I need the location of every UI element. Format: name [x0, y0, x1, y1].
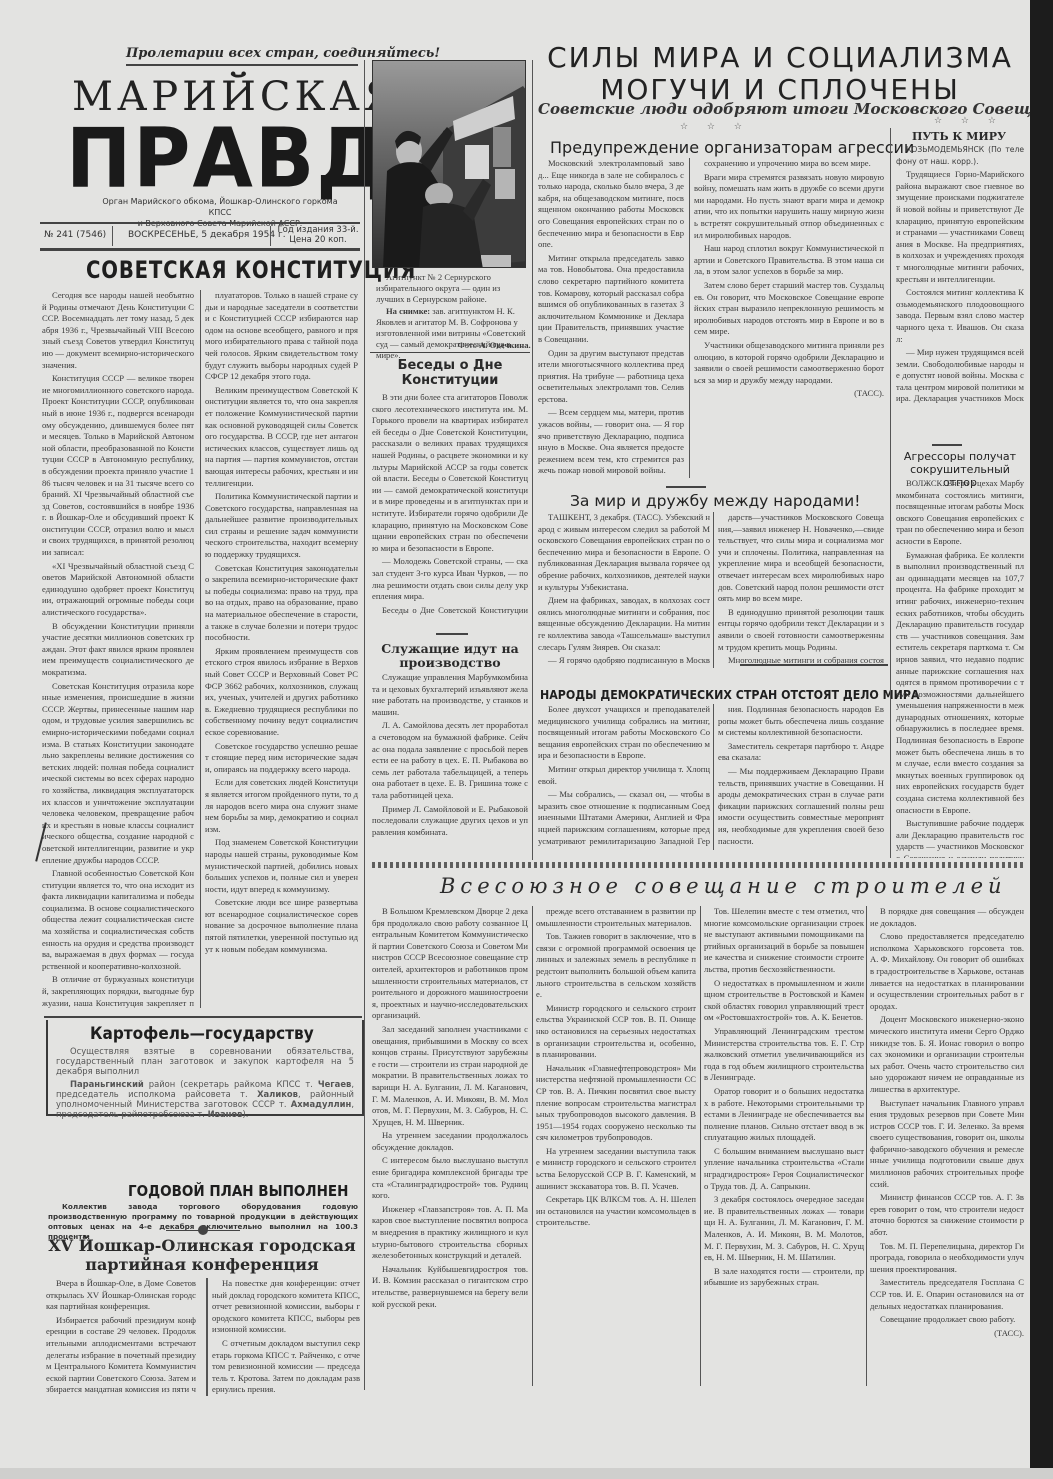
- paragraph: Великим преимуществом Советской Конститу…: [205, 385, 358, 489]
- za-mir-headline: За мир и дружбу между народами!: [570, 492, 860, 510]
- put-k-miru-headline: ПУТЬ К МИРУ: [896, 130, 1022, 143]
- stars-divider-right: ☆ ☆ ☆: [934, 116, 1004, 126]
- paragraph: Секретарь ЦК ВЛКСМ тов. А. Н. Шелепин ос…: [536, 1194, 696, 1229]
- paragraph: В зале находятся гости — строители, приб…: [704, 1266, 864, 1289]
- konferenciya-column-2: На повестке дня конференции: отчетный до…: [212, 1278, 360, 1396]
- agitpunkt-photo: [372, 60, 526, 268]
- paragraph: Доцент Московского инженерно-экономическ…: [870, 1014, 1024, 1095]
- issue-date: ВОСКРЕСЕНЬЕ, 5 декабря 1954 г.: [128, 230, 286, 240]
- paragraph: Заместитель председателя Госплана СССР т…: [870, 1277, 1024, 1312]
- column-rule: [713, 512, 714, 668]
- sluzhashchie-body: Служащие управления Марбумкомбината и це…: [372, 672, 528, 856]
- paragraph: Советская Конституция законодательно зак…: [205, 563, 358, 644]
- paragraph: Один за другим выступают представители м…: [538, 348, 684, 406]
- paragraph: Оратор говорит и о больших недостатках в…: [704, 1086, 864, 1144]
- paragraph: Л. А. Самойлова десять лет проработала с…: [372, 720, 528, 801]
- preduprezhdenie-column-1: Московский электроламповый завод... Еще …: [538, 158, 684, 480]
- headline-line2: партийная конференция: [44, 1255, 360, 1274]
- narody-column-2: ния. Подлинная безопасность народов Евро…: [718, 704, 884, 850]
- paragraph: Слово предоставляется председателю испол…: [870, 931, 1024, 1012]
- paragraph: Под знаменем Советской Конституции народ…: [205, 837, 358, 895]
- box-top-rule: [44, 1016, 362, 1018]
- paragraph: Если для советских людей Конституция явл…: [205, 777, 358, 835]
- section-rule: [370, 352, 530, 353]
- photo-caption: Агитпункт № 2 Сернурского избирательного…: [376, 272, 526, 305]
- photo-image: [373, 61, 526, 268]
- separator-rule: [436, 633, 468, 635]
- person-name: Ахмадуллин: [291, 1099, 352, 1109]
- column-rule: [532, 60, 533, 860]
- column-rule: [532, 906, 533, 1386]
- detail-text: район (секретарь райкома КПСС т.: [144, 1079, 318, 1089]
- paragraph: Затем слово берет старший мастер тов. Су…: [694, 280, 884, 338]
- paragraph: В обсуждении Конституции приняли участие…: [42, 621, 194, 679]
- paragraph: — Мы собрались, — сказал он, — чтобы выр…: [538, 789, 710, 850]
- paragraph: В единодушно принятой резолюции ташкентц…: [718, 607, 884, 653]
- paragraph: Министр финансов СССР тов. А. Г. Зверев …: [870, 1192, 1024, 1238]
- paragraph: В порядке дня совещания — обсуждение док…: [870, 906, 1024, 929]
- column-rule: [890, 128, 891, 858]
- kartofel-text: Осуществляя взятые в соревновании обязат…: [56, 1046, 354, 1076]
- column-rule: [700, 906, 701, 1386]
- za-mir-column-1: ТАШКЕНТ, 3 декабря. (ТАСС). Узбекский на…: [538, 512, 710, 668]
- credit-name: А. Овечкина.: [479, 340, 531, 350]
- stroiteli-column-1: В Большом Кремлевском Дворце 2 декабря п…: [372, 906, 528, 1386]
- editorial-column-2: плуататоров. Только в нашей стране судьи…: [205, 290, 358, 1008]
- issue-number: № 241 (7546): [44, 230, 106, 240]
- paragraph: Главной особенностью Советской Конституц…: [42, 868, 194, 972]
- paragraph: Более двухсот учащихся и преподавателей …: [538, 704, 710, 762]
- stroiteli-column-4: В порядке дня совещания — обсуждение док…: [870, 906, 1024, 1386]
- detail-text: ).: [242, 1109, 248, 1119]
- paragraph: Советское государство успешно решает сто…: [205, 741, 358, 776]
- paragraph: Беседы о Дне Советской Конституции прове…: [372, 605, 528, 617]
- paragraph: В эти дни более ста агитаторов Поволжско…: [372, 392, 528, 554]
- paragraph: Враги мира стремятся развязать новую мир…: [694, 172, 884, 242]
- besedy-body: В эти дни более ста агитаторов Поволжско…: [372, 392, 528, 617]
- person-name: Иванов: [208, 1109, 243, 1119]
- scan-edge-right: [1030, 0, 1053, 1479]
- paragraph: Министр городского и сельского строитель…: [536, 1003, 696, 1061]
- paragraph: Ярким проявлением преимуществ советского…: [205, 646, 358, 739]
- paragraph: Начальник Куйбышевгидростроя тов. И. В. …: [372, 1264, 528, 1310]
- column-rule: [689, 158, 690, 478]
- masthead-rule-bottom: [40, 248, 360, 251]
- paragraph: На утреннем заседании выступила также ми…: [536, 1146, 696, 1192]
- paragraph: Участники общезаводского митинга приняли…: [694, 340, 884, 386]
- konferenciya-column-1: Вчера в Йошкар-Оле, в Доме Советов откры…: [46, 1278, 196, 1396]
- paragraph: Служащие управления Марбумкомбината и це…: [372, 672, 528, 718]
- paragraph: Сегодня все народы нашей необъятной Роди…: [42, 290, 194, 371]
- paragraph: Внимательно слушают собравшиеся выступле…: [538, 479, 684, 480]
- headline-line1: XV Йошкар-Олинская городская: [44, 1236, 360, 1255]
- paragraph: ВОЛЖСК. Вчера в цехах Марбумкомбината со…: [896, 478, 1024, 548]
- separator-rule: [666, 486, 706, 488]
- slogan-underline: [126, 64, 358, 66]
- agressory-body: ВОЛЖСК. Вчера в цехах Марбумкомбината со…: [896, 478, 1024, 858]
- stroiteli-column-2: прежде всего отставанием в развитии пром…: [536, 906, 696, 1386]
- separator-rule: [932, 444, 962, 446]
- editorial-column-1: Сегодня все народы нашей необъятной Роди…: [42, 290, 194, 1008]
- paragraph: В отличие от буржуазных конституций, зак…: [42, 974, 194, 1008]
- paragraph: ния. Подлинная безопасность народов Евро…: [718, 704, 884, 739]
- narody-column-1: Более двухсот учащихся и преподавателей …: [538, 704, 710, 850]
- ornament-icon: [198, 1225, 208, 1235]
- kartofel-box: Картофель—государству Осуществляя взятые…: [46, 1020, 364, 1116]
- paragraph: плуататоров. Только в нашей стране судьи…: [205, 290, 358, 383]
- column-rule: [713, 704, 714, 850]
- paragraph: Избирается рабочий президиум конференции…: [46, 1315, 196, 1396]
- stroiteli-headline: Всесоюзное совещание строителей: [440, 874, 1007, 898]
- masthead-rule-top: [40, 222, 360, 224]
- column-rule: [200, 290, 201, 1008]
- paragraph: Управляющий Ленинградским трестом Минист…: [704, 1026, 864, 1084]
- paragraph: Бумажная фабрика. Ее коллектив выполнил …: [896, 550, 1024, 817]
- newspaper-page: Пролетарии всех стран, соединяйтесь! МАР…: [0, 0, 1030, 1479]
- paragraph: Советская Конституция отразила коренные …: [42, 681, 194, 867]
- paragraph: С большим вниманием выслушано выступлени…: [704, 1146, 864, 1192]
- paragraph: Пример Л. Самойловой и Е. Рыбаковой посл…: [372, 804, 528, 839]
- godovoy-plan-headline: ГОДОВОЙ ПЛАН ВЫПОЛНЕН: [128, 1182, 348, 1200]
- paragraph: Выступившие рабочие поддержали Деклараци…: [896, 818, 1024, 858]
- stroiteli-column-3: Тов. Шелепин вместе с тем отметил, что м…: [704, 906, 864, 1386]
- paragraph: — Мы поддерживаем Декларацию Правительст…: [718, 766, 884, 847]
- district-name: Параньгинский: [70, 1079, 144, 1089]
- paragraph: прежде всего отставанием в развитии пром…: [536, 906, 696, 929]
- masthead-slogan: Пролетарии всех стран, соединяйтесь!: [126, 46, 440, 61]
- wavy-separator: [372, 862, 1024, 868]
- kartofel-detail: Параньгинский район (секретарь райкома К…: [56, 1079, 354, 1119]
- preduprezhdenie-column-2: сохранению и упрочению мира во всем мире…: [694, 158, 884, 480]
- credit-label: Фото: [458, 340, 477, 350]
- paragraph: Совещание продолжает свою работу.: [870, 1314, 1024, 1326]
- paragraph: — Всем сердцем мы, матери, против ужасов…: [538, 407, 684, 477]
- paragraph: — Мир нужен трудящимся всей земли. Свобо…: [896, 347, 1024, 404]
- masthead-divider: [112, 226, 113, 246]
- za-mir-column-2: дарств—участников Московского Совещания,…: [718, 512, 884, 668]
- paragraph: — Я горячо одобряю подписанную в Москве …: [538, 655, 710, 668]
- paragraph: О недостатках в промышленном и жилищном …: [704, 978, 864, 1024]
- paragraph: дарств—участников Московского Совещания,…: [718, 512, 884, 605]
- paragraph: Днем на фабриках, заводах, в колхозах со…: [538, 595, 710, 653]
- paragraph: Зал заседаний заполнен участниками совещ…: [372, 1024, 528, 1128]
- paragraph: Политика Коммунистической партии и Совет…: [205, 491, 358, 561]
- paragraph: Митинг открыл директор училища т. Хлопце…: [538, 764, 710, 787]
- year-of-publication: Год издания 33-й.: [276, 225, 360, 235]
- paragraph: С отчетным докладом выступил секретарь г…: [212, 1338, 360, 1396]
- price: Цена 20 коп.: [276, 235, 360, 245]
- paragraph: Наш народ сплотил вокруг Коммунистическо…: [694, 243, 884, 278]
- paragraph: ТАШКЕНТ, 3 декабря. (ТАСС). Узбекский на…: [538, 512, 710, 593]
- paragraph: Состоялся митинг коллектива Козьмодемьян…: [896, 287, 1024, 345]
- besedy-headline: Беседы о Дне Конституции: [370, 358, 530, 388]
- main-headline-line1: СИЛЫ МИРА И СОЦИАЛИЗМА: [540, 42, 1020, 74]
- masthead-year-price: Год издания 33-й. Цена 20 коп.: [276, 225, 360, 245]
- paragraph: Тов. Тажиев говорит в заключение, что в …: [536, 931, 696, 1001]
- paragraph: Конституция СССР — великое творение мног…: [42, 373, 194, 559]
- paragraph: Заместитель секретаря партбюро т. Андрее…: [718, 741, 884, 764]
- editorial-headline: СОВЕТСКАЯ КОНСТИТУЦИЯ: [86, 256, 416, 284]
- narody-headline: НАРОДЫ ДЕМОКРАТИЧЕСКИХ СТРАН ОТСТОЯТ ДЕЛ…: [540, 688, 920, 702]
- kartofel-body: Осуществляя взятые в соревновании обязат…: [56, 1046, 354, 1119]
- paragraph: Советские люди все шире развертывают все…: [205, 897, 358, 955]
- paragraph: сохранению и упрочению мира во всем мире…: [694, 158, 884, 170]
- konferenciya-headline: XV Йошкар-Олинская городская партийная к…: [44, 1236, 360, 1274]
- paragraph: Трудящиеся Горно-Марийского района выраж…: [896, 169, 1024, 285]
- paragraph: Митинг открыла председатель завкома тов.…: [538, 253, 684, 346]
- organ-line1: Орган Марийского обкома, Йошкар-Олинског…: [90, 196, 350, 218]
- tass-credit: (ТАСС).: [694, 388, 884, 400]
- masthead-divider: [270, 226, 271, 246]
- sluzhashchie-headline: Служащие идут на производство: [370, 642, 530, 670]
- main-headline: СИЛЫ МИРА И СОЦИАЛИЗМА МОГУЧИ И СПЛОЧЕНЫ: [540, 42, 1020, 106]
- column-rule: [206, 1278, 208, 1396]
- paragraph: С интересом было выслушано выступление б…: [372, 1155, 528, 1201]
- paragraph: Начальник «Главнефтепроводстроя» Министе…: [536, 1063, 696, 1144]
- paragraph: Многолюдные митинги и собрания состоялис…: [718, 655, 884, 668]
- tass-credit: (ТАСС).: [870, 1328, 1024, 1340]
- stars-divider: ☆ ☆ ☆: [680, 122, 750, 132]
- preduprezhdenie-headline: Предупреждение организаторам агрессии: [550, 138, 914, 157]
- paragraph: Московский электроламповый завод... Еще …: [538, 158, 684, 251]
- column-rule: [364, 60, 365, 1390]
- put-k-miru-body: КОЗЬМОДЕМЬЯНСК (По телефону от наш. корр…: [896, 144, 1024, 404]
- dateline: КОЗЬМОДЕМЬЯНСК (По телефону от наш. корр…: [896, 144, 1024, 167]
- paragraph: В Большом Кремлевском Дворце 2 декабря п…: [372, 906, 528, 1022]
- paragraph: 3 декабря состоялось очередное заседание…: [704, 1194, 864, 1264]
- paragraph: Вчера в Йошкар-Оле, в Доме Советов откры…: [46, 1278, 196, 1313]
- paragraph: На утреннем заседании продолжалось обсуж…: [372, 1130, 528, 1153]
- paragraph: Тов. М. П. Перепелицына, директор Гипрог…: [870, 1241, 1024, 1276]
- paragraph: На повестке дня конференции: отчетный до…: [212, 1278, 360, 1336]
- caption-label: На снимке:: [386, 306, 430, 316]
- paragraph: Выступает начальник Главного управления …: [870, 1098, 1024, 1191]
- paragraph: — Молодежь Советской страны, — сказал ст…: [372, 556, 528, 602]
- column-rule: [866, 906, 867, 1386]
- paragraph: Инженер «Главзапстроя» тов. А. П. Макаро…: [372, 1204, 528, 1262]
- person-name: Чегаев: [318, 1079, 351, 1089]
- photo-credit: Фото А. Овечкина.: [458, 340, 531, 351]
- paragraph: Тов. Шелепин вместе с тем отметил, что м…: [704, 906, 864, 976]
- kartofel-headline: Картофель—государству: [90, 1024, 314, 1044]
- paragraph: «XI Чрезвычайный областной съезд Советов…: [42, 561, 194, 619]
- separator-rule: [740, 664, 888, 666]
- scan-edge-bottom: [0, 1468, 1053, 1479]
- person-name: Халиков: [257, 1089, 298, 1099]
